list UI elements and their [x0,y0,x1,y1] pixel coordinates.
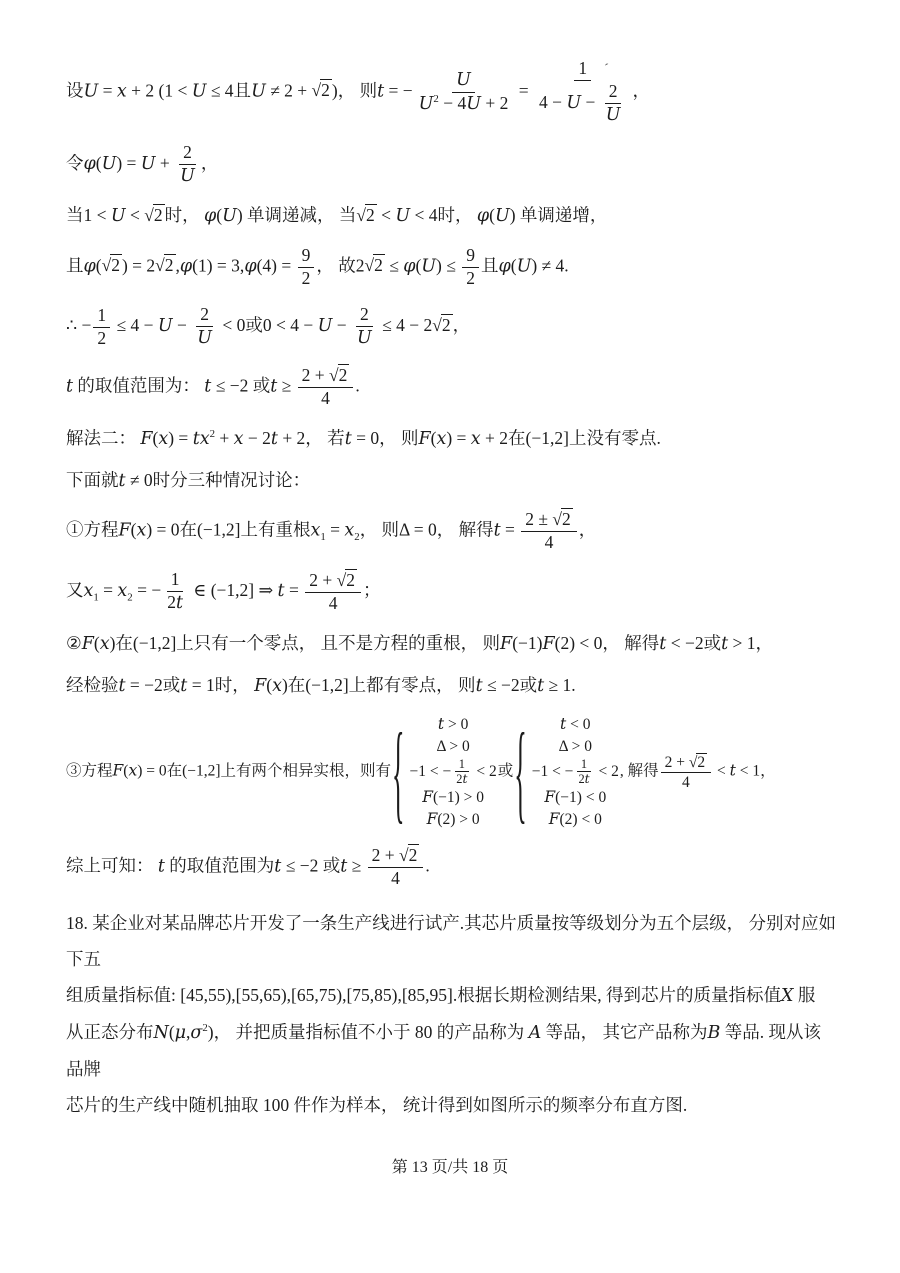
line-method-two: 解法二： F(x) = tx2 + x − 2t + 2， 若t = 0， 则F… [66,425,838,452]
problem-18-line-3: 从正态分布N(μ,σ2)， 并把质量指标值不小于 80 的产品称为 A 等品， … [66,1014,838,1087]
case-brace: { [392,689,404,857]
document-page: ˊ 设U = x + 2 (1 < U ≤ 4且U ≠ 2 + √2)， 则t … [0,0,900,1273]
line-three-cases-intro: 下面就t ≠ 0时分三种情况讨论： [66,467,838,494]
case-brace: { [514,689,526,857]
problem-18-line-1: 18. 某企业对某品牌芯片开发了一条生产线进行试产.其芯片质量按等级划分为五个层… [66,905,838,977]
line-substitution-u: 设U = x + 2 (1 < U ≤ 4且U ≠ 2 + √2)， 则t = … [66,58,838,127]
line-case2-check: 经检验t = −2或t = 1时， F(x)在(−1,2]上都有零点， 则t ≤… [66,672,838,699]
line-define-phi: 令φ(U) = U + 2U， [66,142,838,188]
line-case1-double-root: ①方程F(x) = 0在(−1,2]上有重根x1 = x2， 则Δ = 0， 解… [66,509,838,554]
line-case3-two-roots: ③方程F(x) = 0在(−1,2]上有两个相异实根，则有{t > 0Δ > 0… [66,714,838,830]
line-phi-values: 且φ(√2) = 2√2,φ(1) = 3,φ(4) = 92， 故2√2 ≤ … [66,245,838,290]
line-case2-one-zero: ②F(x)在(−1,2]上只有一个零点， 且不是方程的重根， 则F(−1)F(2… [66,630,838,657]
line-final-conclusion: 综上可知： t 的取值范围为t ≤ −2 或t ≥ 2 + √24. [66,845,838,890]
line-therefore-inequality: ∴ −12 ≤ 4 − U − 2U < 0或0 < 4 − U − 2U ≤ … [66,304,838,350]
line-monotonicity: 当1 < U < √2时， φ(U) 单调递减， 当√2 < U < 4时， φ… [66,202,838,229]
line-case1-conclusion: 又x1 = x2 = −12t ∈ (−1,2] ⇒ t = 2 + √24； [66,569,838,615]
page-footer: 第 13 页/共 18 页 [0,1154,900,1177]
line-t-range: t 的取值范围为： t ≤ −2 或t ≥ 2 + √24. [66,365,838,410]
problem-18-line-4: 芯片的生产线中随机抽取 100 件作为样本， 统计得到如图所示的频率分布直方图. [66,1087,838,1123]
problem-18-line-2: 组质量指标值: [45,55),[55,65),[65,75),[75,85),… [66,977,838,1014]
document-body: 设U = x + 2 (1 < U ≤ 4且U ≠ 2 + √2)， 则t = … [0,0,900,1123]
